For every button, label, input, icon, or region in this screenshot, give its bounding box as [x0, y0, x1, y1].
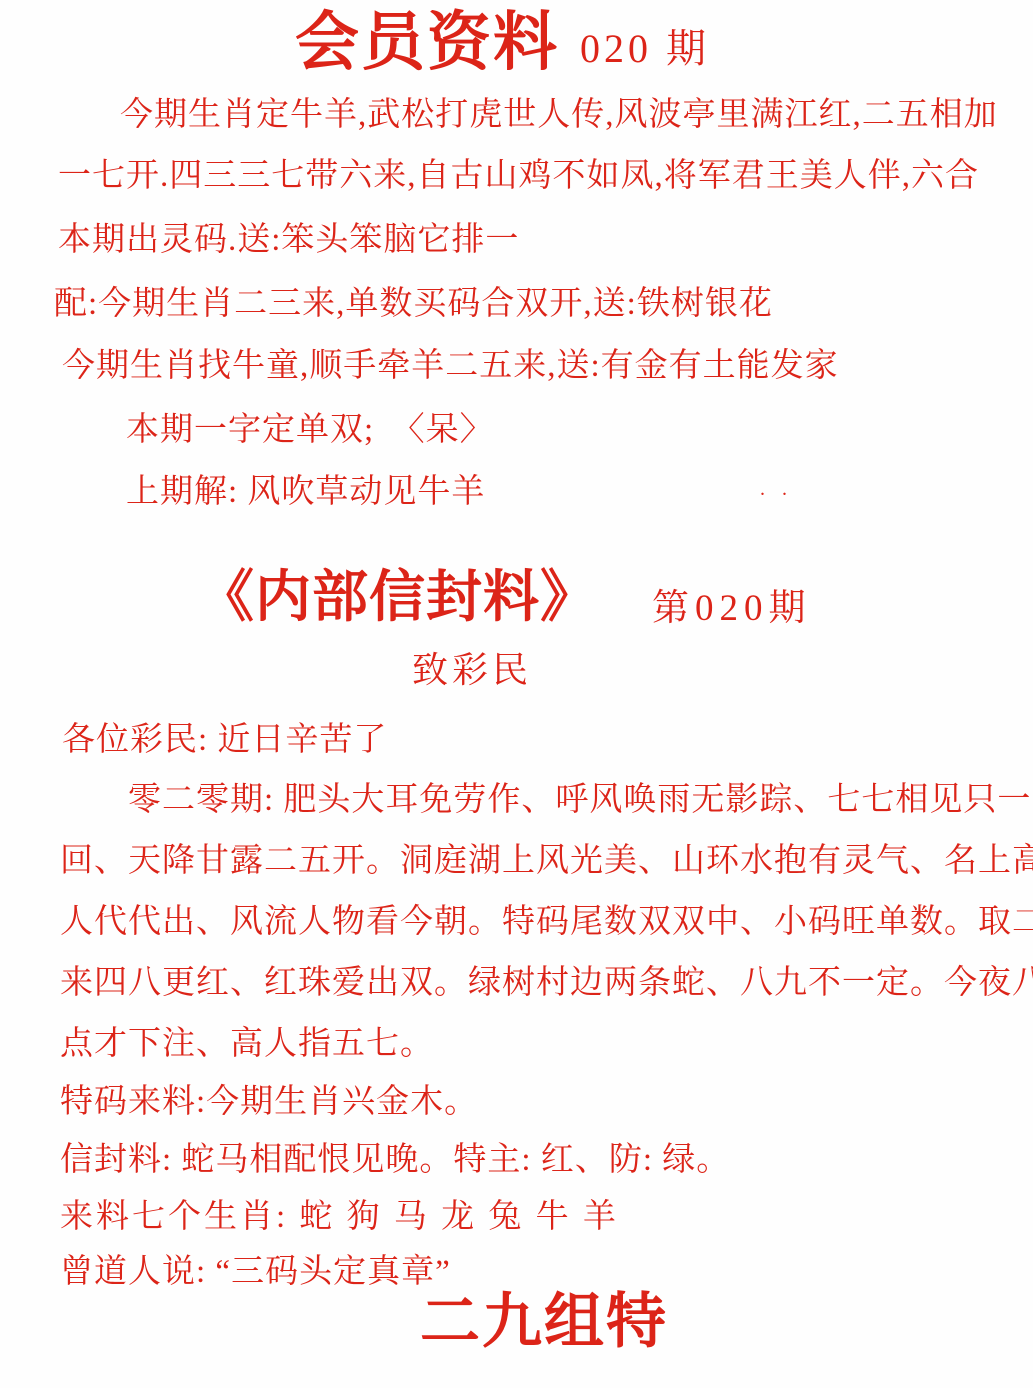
tip-line-envelope-material: 信封料: 蛇马相配恨见晚。特主: 红、防: 绿。 — [60, 1142, 730, 1180]
member-line: 本期一字定单双; 〈呆〉 — [126, 412, 494, 450]
member-line: 本期出灵码.送:笨头笨脑它排一 — [58, 222, 519, 260]
member-line: 今期生肖定牛羊,武松打虎世人传,风波亭里满江红,二五相加 — [120, 97, 998, 135]
tip-line-seven-zodiacs: 来料七个生肖: 蛇 狗 马 龙 兔 牛 羊 — [60, 1199, 619, 1237]
paragraph-line: 点才下注、高人指五七。 — [60, 1026, 434, 1064]
stray-dots: . . — [760, 478, 793, 501]
paragraph-line: 人代代出、风流人物看今朝。特码尾数双双中、小码旺单数。取二 — [60, 904, 1033, 942]
envelope-section-title: 《内部信封料》 — [198, 566, 597, 630]
greeting-line: 各位彩民: 近日辛苦了 — [62, 722, 387, 760]
member-line: 上期解: 风吹草动见牛羊 — [126, 474, 485, 512]
envelope-subtitle: 致彩民 — [412, 650, 532, 691]
lottery-tip-sheet: 会员资料 020 期 今期生肖定牛羊,武松打虎世人传,风波亭里满江红,二五相加 … — [0, 0, 1033, 1388]
paragraph-line: 零二零期: 肥头大耳免劳作、呼风唤雨无影踪、七七相见只一 — [128, 782, 1031, 820]
member-line: 一七开.四三三七带六来,自古山鸡不如凤,将军君王美人伴,六合 — [58, 158, 979, 196]
paragraph-line: 回、天降甘露二五开。洞庭湖上风光美、山环水抱有灵气、名上高 — [60, 843, 1033, 881]
member-line: 今期生肖找牛童,顺手牵羊二五来,送:有金有土能发家 — [62, 348, 839, 386]
member-line: 配:今期生肖二三来,单数买码合双开,送:铁树银花 — [54, 286, 773, 324]
tip-line-special-code: 特码来料:今期生肖兴金木。 — [60, 1084, 478, 1122]
footer-slogan: 二九组特 — [420, 1288, 668, 1357]
tip-line-master-quote: 曾道人说: “三码头定真章” — [60, 1254, 451, 1292]
member-section-issue: 020 期 — [580, 26, 710, 72]
envelope-section-issue: 第020期 — [652, 588, 812, 631]
paragraph-line: 来四八更红、红珠爱出双。绿树村边两条蛇、八九不一定。今夜八 — [60, 965, 1033, 1003]
member-section-title: 会员资料 — [295, 6, 559, 80]
